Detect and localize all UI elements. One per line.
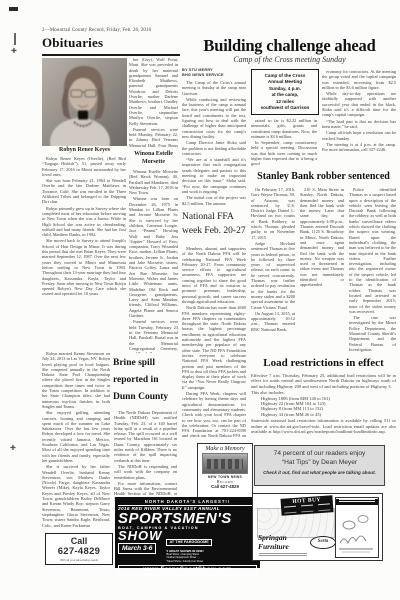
camp-article-col2: raised so far is $2.22 million in memori… — [251, 118, 317, 170]
stanley-article-col2: 210 S. Main Street in Stanley, North Dak… — [300, 187, 344, 353]
camp-article-col3: economy for contractors. At the meeting … — [322, 69, 396, 170]
ffa-article-headline-line1: National FFA — [182, 212, 234, 223]
newspaper-page: ✚ ✚ 2—Mountrail County Record, Friday, F… — [0, 0, 400, 600]
hat-tips-line2: “Hat Tips” by Dean Meyer — [255, 459, 384, 468]
byline-service: BHG NEWS SERVICE — [182, 73, 252, 78]
memory-ad-title: Make a Memory — [200, 446, 250, 452]
obituary-winona-title: Winona Estelle Morsette — [129, 150, 178, 166]
springan-name-line2: Furniture — [258, 543, 289, 552]
call-ad-phone: 627-4829 — [46, 546, 112, 557]
sportsmen-show-word: SHOW — [118, 530, 162, 542]
ffa-article-headline-line2: week Feb. 20-27 — [182, 226, 246, 237]
sportsmen-top-banner: NORTH DAKOTA'S LARGEST!! — [118, 499, 257, 506]
stanley-article-headline: Stanley Bank robber sentenced — [251, 171, 396, 182]
photo-caption: Robyn Renee Keyes — [42, 147, 127, 153]
stanley-article-col1: On February 17, 2016, Gary Wayne Thomas,… — [251, 187, 295, 353]
call-advertising-ad: Call 627-4829 With all your advertising … — [45, 533, 113, 565]
hat-tips-line1: 74 percent of our readers enjoy — [255, 450, 384, 459]
camp-meeting-notice-box: Camp of the CrossAnnual MeetingSunday, 4… — [251, 69, 319, 115]
load-article-intro: Effective 7 a.m. Thursday, February 25, … — [251, 373, 396, 389]
memory-ad-photo — [202, 453, 248, 474]
sportsmen-url: www.FargoSportShow.com — [118, 565, 257, 575]
obituary-robyn-col1a: Robyn Renee Keyes (Overlie), (Red Bird “… — [42, 156, 126, 348]
ffa-article-body: Members, alumni, and supporters of the N… — [182, 246, 246, 440]
springan-address-lines — [259, 553, 307, 557]
load-article-highway-list: Highway 1806 (from MM 140 to 161)Highway… — [251, 396, 396, 418]
load-article-outro: Statewide seasonal load restriction info… — [251, 418, 396, 434]
sportsmen-show-list: Boat Show • Camping ShowOutdoor Equipmen… — [166, 553, 211, 563]
registration-cross-icon: ✚ — [11, 47, 17, 55]
make-a-memory-ad: Make a Memory NEW TOWN NEWS Record Call … — [197, 443, 253, 498]
serta-logo: Serta — [310, 536, 336, 549]
camp-article-headline: Building challenge ahead — [183, 36, 396, 56]
camp-article-byline: BY STU MERRY BHG NEWS SERVICE — [182, 68, 252, 78]
call-ad-word: Call — [46, 536, 112, 546]
section-rule — [42, 54, 180, 56]
registration-cross-icon: ✚ — [10, 444, 16, 452]
memory-ad-phone: Call 627-4829 — [200, 484, 250, 489]
load-article-body: Effective 7 a.m. Thursday, February 25, … — [251, 373, 396, 441]
hat-tips-line3: Check it out, find out what people are t… — [255, 470, 384, 475]
camp-article-col1: The Camp of the Cross's annual meeting i… — [182, 80, 246, 218]
camp-article-subhead: Camp of the Cross meeting Sunday — [183, 55, 396, 64]
hot-buy-sign: HOT BUY — [280, 495, 333, 516]
section-title-obituaries: Obituaries — [42, 35, 103, 51]
print-mark — [9, 7, 18, 11]
sheep-cartoon-drawing — [336, 505, 376, 555]
masthead: 2—Mountrail County Record, Friday, Feb. … — [42, 28, 262, 33]
cartoon-caption-strip — [336, 499, 378, 505]
sportsmen-title: SPORTSMEN'S — [118, 512, 257, 526]
print-mark — [14, 33, 16, 45]
brine-article-headline: Brine spillreported inDunn County — [113, 355, 179, 406]
obituary-robyn-col2: her (Guy), Wolf Point, Mont. She was pre… — [129, 57, 178, 149]
obituary-winona-body: Winona Estelle Morsette (Red Hawk Woman)… — [129, 169, 178, 353]
load-article-headline: Load restrictions in effect — [251, 357, 396, 369]
stanley-article-col3: Police identified Thomas as a suspect ba… — [349, 187, 396, 353]
hat-tips-ad: 74 percent of our readers enjoy “Hat Tip… — [254, 445, 385, 486]
sportsmens-show-ad: NORTH DAKOTA'S LARGEST!! 2016 RED RIVER … — [115, 497, 260, 568]
call-ad-tagline: With all your advertising needs — [46, 558, 112, 562]
obituary-robyn-col1b: Robyn married Kenny Stevenson on July 24… — [42, 351, 110, 528]
sportsmen-dates: March 3-6 — [118, 543, 156, 554]
cartoon-panel — [335, 497, 379, 558]
obituary-photo — [42, 58, 127, 146]
sportsmen-venue: AT THE FARGODOME — [166, 539, 211, 546]
springan-store-name: Springan Furniture — [258, 534, 289, 551]
portrait-illustration — [42, 58, 127, 146]
springan-furniture-ad: HOT BUY Springan Furniture Serta — [252, 493, 383, 561]
